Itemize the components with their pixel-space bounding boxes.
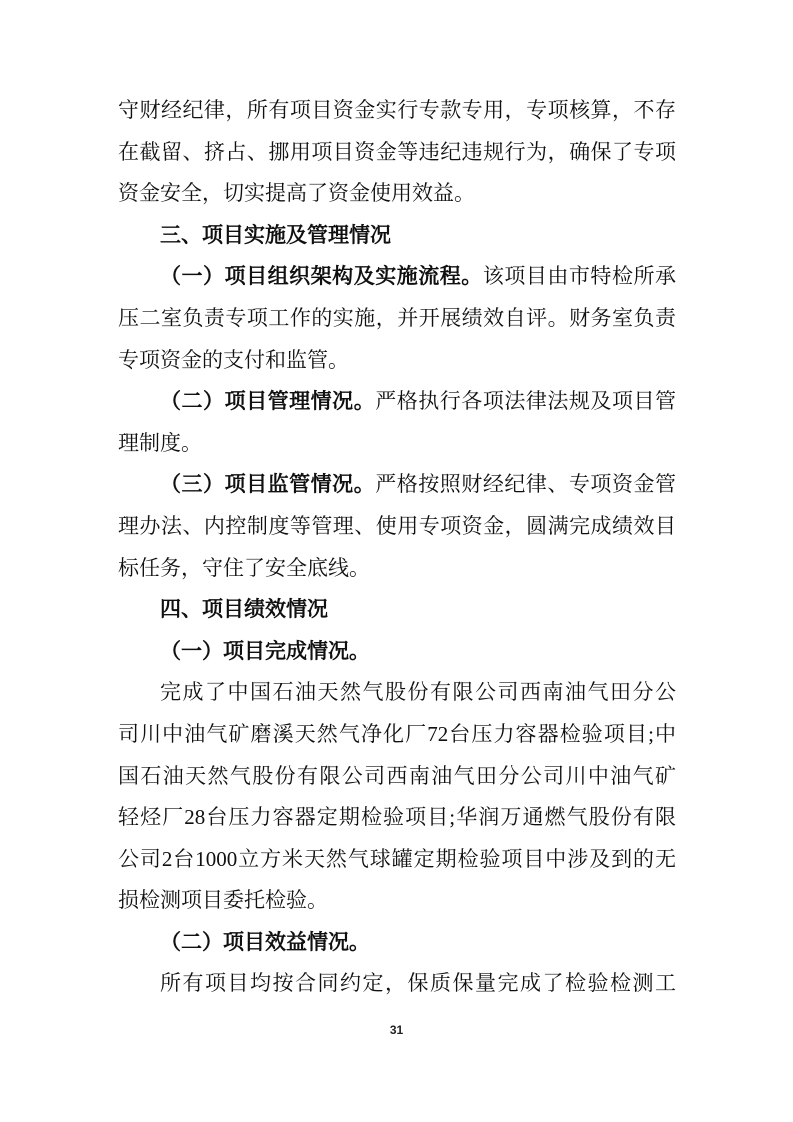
body-line: 司川中油气矿磨溪天然气净化厂72台压力容器检验项目;中	[118, 714, 676, 756]
body-line: 公司2台1000立方米天然气球罐定期检验项目中涉及到的无	[118, 839, 676, 881]
body-line: 所有项目均按合同约定，保质保量完成了检验检测工	[118, 963, 676, 1005]
subsection-heading: （一）项目完成情况。	[118, 631, 676, 673]
body-line: 标任务，守住了安全底线。	[118, 548, 676, 590]
body-line: 理制度。	[118, 423, 676, 465]
body-line: 资金安全，切实提高了资金使用效益。	[118, 173, 676, 215]
subsection-heading: （一）项目组织架构及实施流程。	[160, 264, 483, 288]
section-heading: 四、项目绩效情况	[118, 589, 676, 631]
body-line: （二）项目管理情况。严格执行各项法律法规及项目管	[118, 381, 676, 423]
body-line: 国石油天然气股份有限公司西南油气田分公司川中油气矿	[118, 756, 676, 798]
body-line: 守财经纪律，所有项目资金实行专款专用，专项核算，不存	[118, 90, 676, 132]
subsection-heading: （二）项目管理情况。	[160, 389, 375, 413]
body-run: 严格按照财经纪律、专项资金管	[375, 472, 676, 496]
body-line: 在截留、挤占、挪用项目资金等违纪违规行为，确保了专项	[118, 132, 676, 174]
section-heading: 三、项目实施及管理情况	[118, 215, 676, 257]
body-line: 损检测项目委托检验。	[118, 880, 676, 922]
document-page: 守财经纪律，所有项目资金实行专款专用，专项核算，不存 在截留、挤占、挪用项目资金…	[0, 0, 793, 1122]
body-line: 完成了中国石油天然气股份有限公司西南油气田分公	[118, 672, 676, 714]
body-line: （一）项目组织架构及实施流程。该项目由市特检所承	[118, 256, 676, 298]
document-body: 守财经纪律，所有项目资金实行专款专用，专项核算，不存 在截留、挤占、挪用项目资金…	[118, 90, 676, 1005]
body-run: 该项目由市特检所承	[483, 264, 676, 288]
body-line: 压二室负责专项工作的实施，并开展绩效自评。财务室负责	[118, 298, 676, 340]
subsection-heading: （三）项目监管情况。	[160, 472, 375, 496]
body-line: 理办法、内控制度等管理、使用专项资金，圆满完成绩效目	[118, 506, 676, 548]
body-line: （三）项目监管情况。严格按照财经纪律、专项资金管	[118, 464, 676, 506]
body-line: 轻烃厂28台压力容器定期检验项目;华润万通燃气股份有限	[118, 797, 676, 839]
body-line: 专项资金的支付和监管。	[118, 340, 676, 382]
subsection-heading: （二）项目效益情况。	[118, 922, 676, 964]
page-number: 31	[0, 1023, 793, 1037]
body-run: 严格执行各项法律法规及项目管	[375, 389, 676, 413]
